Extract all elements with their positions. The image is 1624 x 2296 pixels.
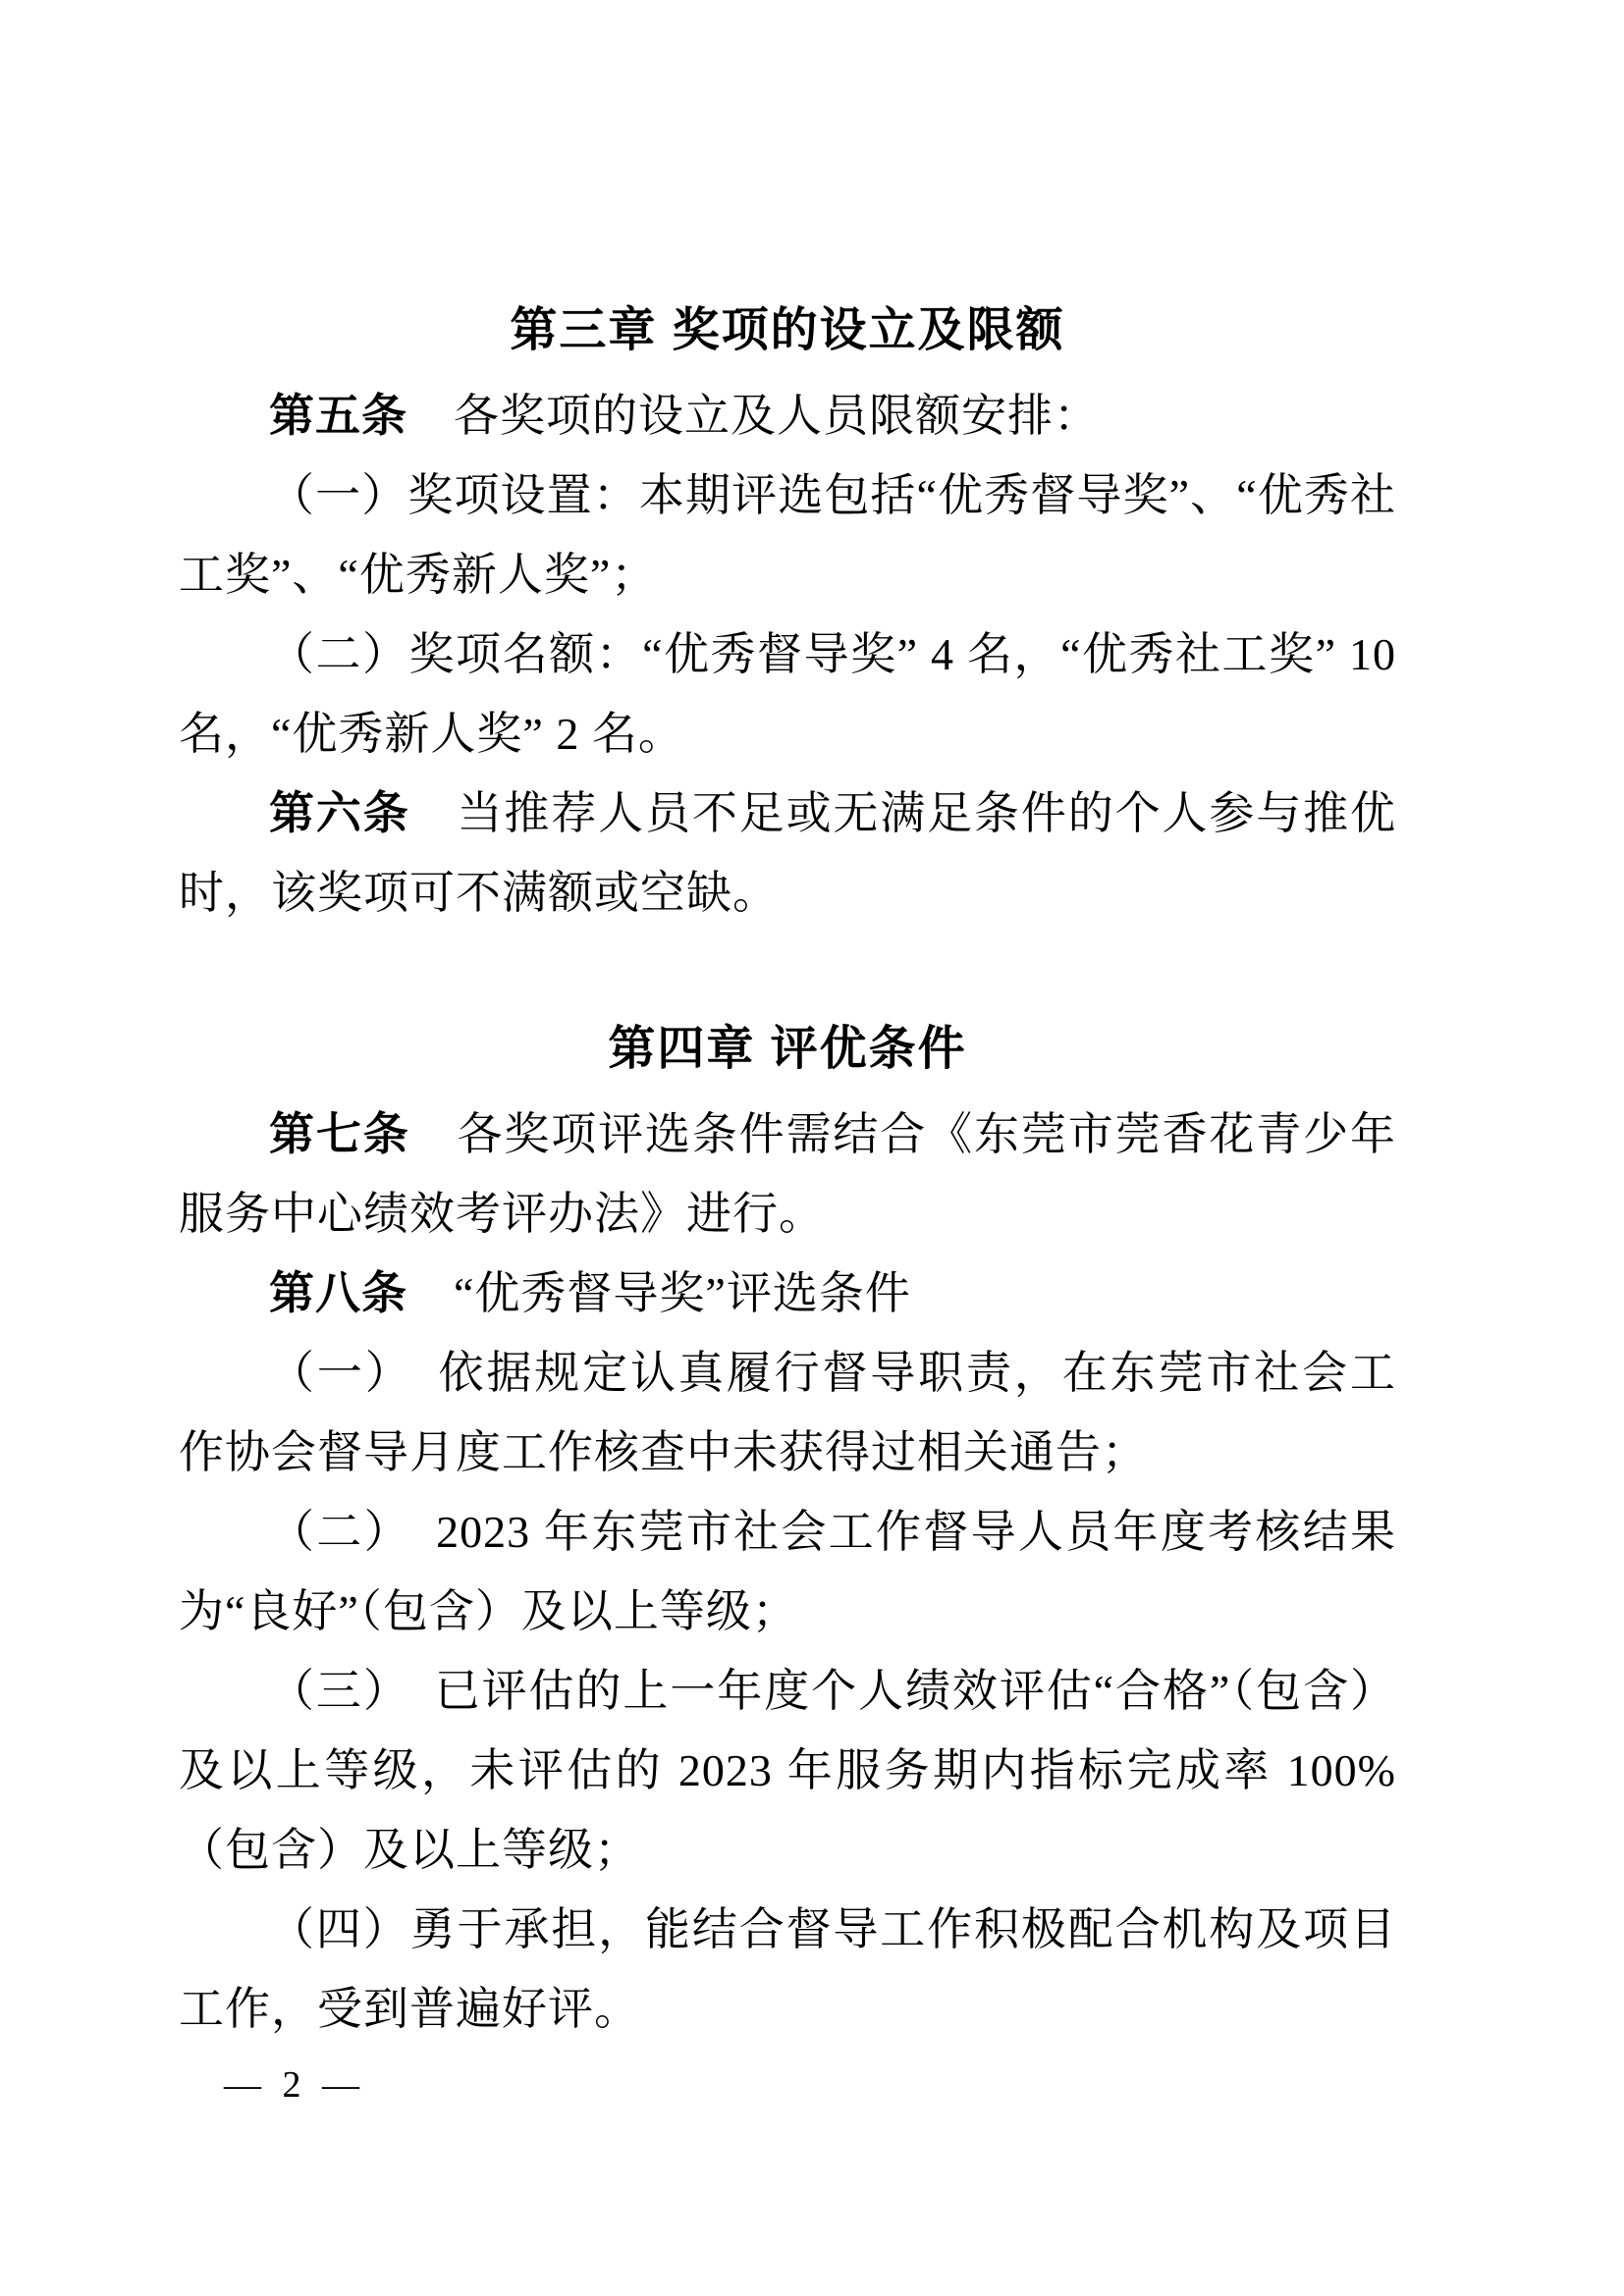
document-content: 第三章 奖项的设立及限额 第五条 各奖项的设立及人员限额安排： （一）奖项设置：… [179,291,1396,2049]
chapter-3-item-1: （一）奖项设置：本期评选包括“优秀督导奖”、“优秀社工奖”、“优秀新人奖”； [179,455,1396,614]
article-7-paragraph: 第七条 各奖项评选条件需结合《东莞市莞香花青少年服务中心绩效考评办法》进行。 [179,1095,1396,1254]
chapter-3-heading: 第三章 奖项的设立及限额 [179,291,1396,370]
chapter-4-heading: 第四章 评优条件 [179,1009,1396,1089]
article-6-paragraph: 第六条 当推荐人员不足或无满足条件的个人参与推优时，该奖项可不满额或空缺。 [179,774,1396,933]
article-5-number: 第五条 [269,390,407,441]
document-page: 第三章 奖项的设立及限额 第五条 各奖项的设立及人员限额安排： （一）奖项设置：… [0,0,1624,2296]
chapter-4-item-1: （一） 依据规定认真履行督导职责，在东莞市社会工作协会督导月度工作核查中未获得过… [179,1333,1396,1492]
chapter-4-item-3: （三） 已评估的上一年度个人绩效评估“合格”（包含）及以上等级，未评估的 202… [179,1651,1396,1890]
article-5-paragraph: 第五条 各奖项的设立及人员限额安排： [179,376,1396,455]
article-5-text: 各奖项的设立及人员限额安排： [407,391,1100,441]
article-6-number: 第六条 [269,787,410,838]
chapter-4-item-4: （四）勇于承担，能结合督导工作积极配合机构及项目工作，受到普遍好评。 [179,1890,1396,2049]
article-8-text: “优秀督导奖”评选条件 [407,1268,911,1318]
chapter-3-item-2: （二）奖项名额：“优秀督导奖” 4 名，“优秀社工奖” 10 名，“优秀新人奖”… [179,614,1396,774]
article-8-number: 第八条 [269,1267,407,1318]
chapter-4-item-2: （二） 2023 年东莞市社会工作督导人员年度考核结果为“良好”（包含）及以上等… [179,1492,1396,1651]
article-8-paragraph: 第八条 “优秀督导奖”评选条件 [179,1254,1396,1333]
article-7-number: 第七条 [269,1108,410,1159]
page-number: — 2 — [224,2061,365,2109]
